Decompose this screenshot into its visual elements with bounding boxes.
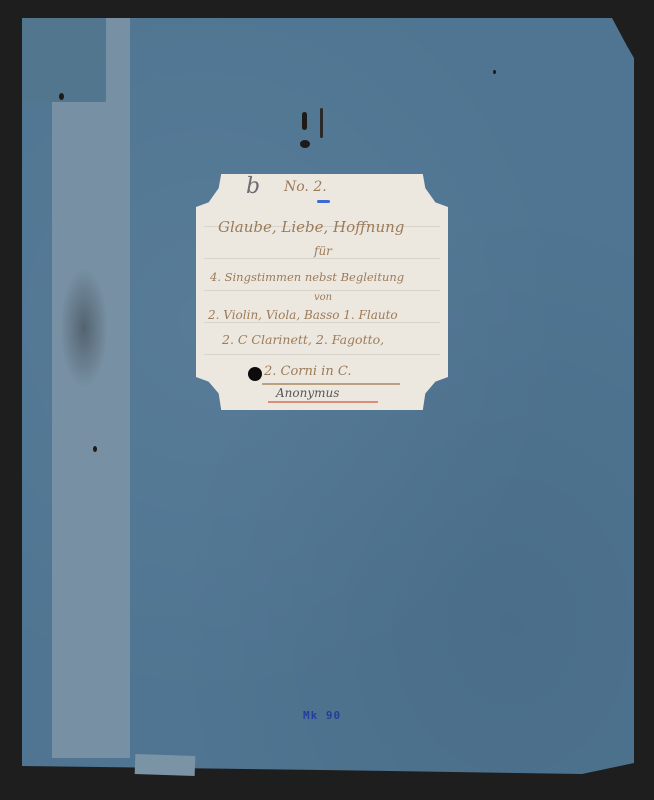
ruled-line <box>204 258 440 259</box>
ink-spot <box>493 70 496 74</box>
red-underline <box>268 401 378 403</box>
torn-paper-tab <box>135 754 196 776</box>
spine-binding-strip <box>52 102 130 758</box>
ink-mark <box>320 108 323 138</box>
label-of: von <box>314 292 332 303</box>
underline-rule <box>262 383 400 385</box>
ruled-line <box>204 354 440 355</box>
library-stamp: Mk 90 <box>303 709 341 722</box>
ink-spot <box>59 93 64 100</box>
label-title: Glaube, Liebe, Hoffnung <box>218 218 404 236</box>
ink-spot <box>93 446 97 452</box>
spine-corner-patch <box>22 18 104 102</box>
spine-strip-top <box>106 18 130 104</box>
paper-label: b No. 2. Glaube, Liebe, Hoffnung für 4. … <box>196 174 448 410</box>
label-attribution: Anonymus <box>276 386 339 400</box>
punched-hole <box>248 367 262 381</box>
pencil-mark: b <box>246 174 260 199</box>
ink-stain <box>60 268 108 388</box>
label-voices: 4. Singstimmen nebst Begleitung <box>210 270 404 284</box>
blue-pencil-mark <box>317 200 330 203</box>
ruled-line <box>204 290 440 291</box>
label-instruments-2: 2. C Clarinett, 2. Fagotto, <box>222 332 384 347</box>
label-instruments-1: 2. Violin, Viola, Basso 1. Flauto <box>208 308 398 322</box>
ink-mark <box>302 112 307 130</box>
label-number: No. 2. <box>284 179 327 195</box>
ruled-line <box>204 322 440 323</box>
ink-mark <box>300 140 310 148</box>
label-for: für <box>314 244 332 258</box>
label-instruments-3: 2. Corni in C. <box>264 364 351 379</box>
